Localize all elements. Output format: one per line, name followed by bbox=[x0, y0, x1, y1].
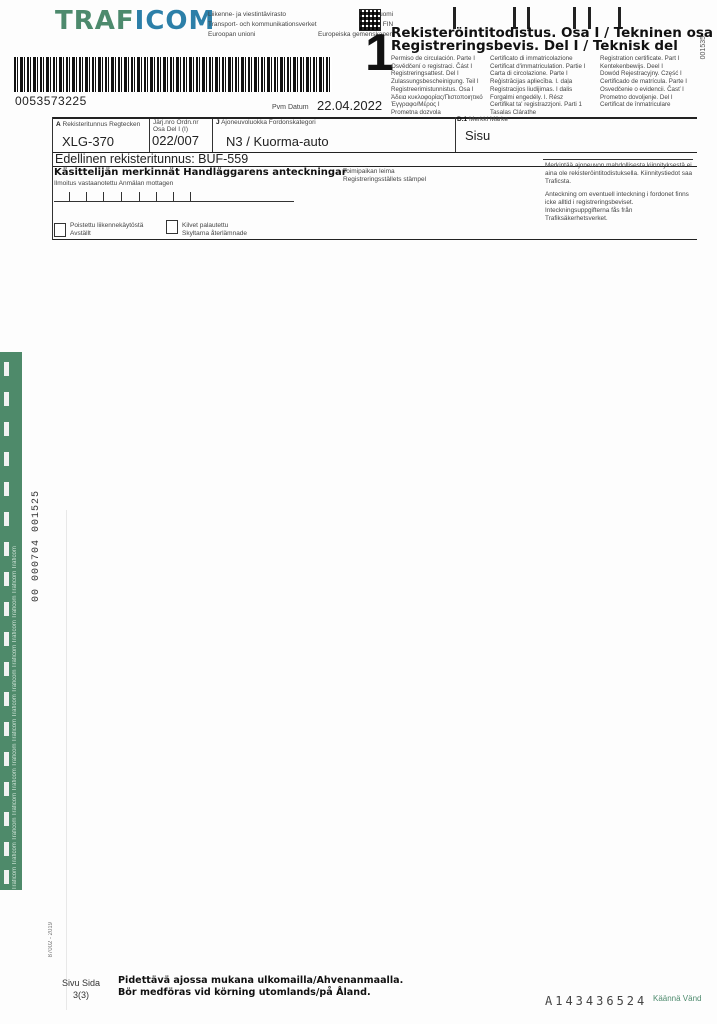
strip-dash bbox=[4, 452, 9, 466]
notice-sv: Anteckning om eventuell inteckning i for… bbox=[545, 191, 695, 222]
notice-fi: Merkintää ajoneuvon mahdollisesta kiinni… bbox=[545, 162, 695, 185]
part-number: 1 bbox=[365, 30, 394, 76]
translation: Certificado de matrícula. Parte I bbox=[600, 78, 687, 86]
date-label: Pvm Datum bbox=[272, 104, 309, 111]
strip-dash bbox=[4, 632, 9, 646]
translation: Registreringsattest. Del I bbox=[391, 70, 483, 78]
strip-dash bbox=[4, 692, 9, 706]
strip-dash bbox=[4, 362, 9, 376]
serial-label: Järj.nro Ordn.nr Osa Del I (I) bbox=[153, 119, 199, 133]
strip-dash bbox=[4, 542, 9, 556]
date-entry-tick bbox=[173, 192, 174, 202]
date-value: 22.04.2022 bbox=[317, 98, 382, 113]
translation: Carta di circolazione. Parte I bbox=[490, 70, 585, 78]
document-title: Rekisteröintitodistus. Osa I / Tekninen … bbox=[391, 27, 713, 53]
translation: Kentekenbewijs. Deel I bbox=[600, 63, 687, 71]
label-sv: Skyltarna återlämnade bbox=[182, 230, 247, 238]
translation: Certificato di immatricolazione bbox=[490, 55, 585, 63]
fold-line bbox=[66, 510, 67, 1010]
translation: Zulassungsbescheinigung. Teil I bbox=[391, 78, 483, 86]
field-label: Merkki Märke bbox=[469, 116, 508, 123]
divider bbox=[212, 119, 213, 152]
handler-section-title: Käsittelijän merkinnät Handläggarens ant… bbox=[54, 167, 347, 178]
strip-dash bbox=[4, 870, 9, 884]
strip-dash bbox=[4, 842, 9, 856]
label-fi: Poistettu liikennekäytöstä bbox=[70, 222, 143, 230]
page-label: Sivu Sida bbox=[62, 977, 100, 989]
translation: Osvědčení o registraci. Část I bbox=[391, 63, 483, 71]
date-entry-tick bbox=[121, 192, 122, 202]
category-value: N3 / Kuorma-auto bbox=[226, 134, 329, 149]
strip-dash bbox=[4, 722, 9, 736]
translation: Permiso de circulación. Parte I bbox=[391, 55, 483, 63]
strip-dash bbox=[4, 662, 9, 676]
document-number: A143436524 bbox=[545, 994, 647, 1008]
divider bbox=[52, 239, 697, 240]
field-code: A bbox=[56, 121, 61, 128]
translation: Άδεια κυκλοφορίας/Πιστοποιητικό bbox=[391, 94, 483, 102]
translation: Osvedčenie o evidencii. Časť I bbox=[600, 86, 687, 94]
serial-value: 022/007 bbox=[152, 133, 199, 148]
label-sv: Avställt bbox=[70, 230, 143, 238]
translation: Certificat d'immatriculation. Partie I bbox=[490, 63, 585, 71]
removed-from-traffic-checkbox[interactable] bbox=[54, 223, 66, 237]
translation: Forgalmi engedély. I. Rész bbox=[490, 94, 585, 102]
label-fi: Kilvet palautettu bbox=[182, 222, 247, 230]
form-code: 87002 - 2019 bbox=[48, 922, 54, 957]
date-entry-tick bbox=[190, 192, 191, 202]
divider bbox=[455, 117, 456, 152]
plates-returned-label: Kilvet palautettu Skyltarna återlämnade bbox=[182, 222, 247, 238]
stamp-label: Toimipaikan leima Registreringsställets … bbox=[343, 168, 426, 184]
title-sv: Registreringsbevis. Del I / Teknisk del bbox=[391, 40, 713, 53]
translations-column-3: Registration certificate. Part I Kenteke… bbox=[600, 55, 687, 109]
strip-dash bbox=[4, 602, 9, 616]
strip-dash bbox=[4, 782, 9, 796]
page-indicator: Sivu Sida 3(3) bbox=[62, 977, 100, 1001]
agency-line: Transport- och kommunikationsverket bbox=[208, 20, 317, 30]
lien-notice: Merkintää ajoneuvon mahdollisesta kiinni… bbox=[545, 162, 695, 223]
traficom-logo: TRAFICOM bbox=[55, 6, 215, 36]
translation: Registreerimistunnistus. Osa I bbox=[391, 86, 483, 94]
date-entry-tick bbox=[156, 192, 157, 202]
translation: Registracijos liudijimas. I dalis bbox=[490, 86, 585, 94]
strip-dash bbox=[4, 512, 9, 526]
strip-text: Traficom Traficom Traficom Traficom Traf… bbox=[12, 352, 22, 890]
date-entry-tick bbox=[103, 192, 104, 202]
divider bbox=[149, 119, 150, 152]
make-label: D.1 Merkki Märke bbox=[457, 116, 508, 123]
field-label: Osa Del I (I) bbox=[153, 126, 199, 133]
side-serial: 00 000704 001525 bbox=[31, 490, 42, 602]
strip-dash bbox=[4, 812, 9, 826]
logo-prefix: TRAF bbox=[55, 6, 135, 36]
field-label: Rekisteritunnus Regtecken bbox=[63, 121, 141, 128]
travel-note: Pidettävä ajossa mukana ulkomailla/Ahven… bbox=[118, 975, 403, 999]
divider bbox=[543, 159, 693, 160]
translations-column-2: Certificato di immatricolazione Certific… bbox=[490, 55, 585, 117]
turn-page-label: Käännä Vänd bbox=[653, 994, 702, 1003]
date-entry-tick bbox=[86, 192, 87, 202]
translation: Prometno dovoljenje. Del I bbox=[600, 94, 687, 102]
category-label: J Ajoneuvoluokka Fordonskategori bbox=[216, 119, 316, 126]
side-number: 001535 bbox=[700, 36, 707, 59]
field-code: D.1 bbox=[457, 116, 467, 123]
strip-dash bbox=[4, 752, 9, 766]
previous-registration: Edellinen rekisteritunnus: BUF-559 bbox=[55, 152, 248, 166]
translation: Certifikat ta' registrazzjoni. Parti 1 bbox=[490, 101, 585, 109]
received-label: Ilmoitus vastaanotettu Anmälan mottagen bbox=[54, 180, 173, 188]
agency-line: Euroopan unioni bbox=[208, 30, 317, 40]
barcode bbox=[14, 57, 332, 92]
translation: Certificat de înmatriculare bbox=[600, 101, 687, 109]
registration-value: XLG-370 bbox=[62, 134, 114, 149]
make-value: Sisu bbox=[465, 128, 490, 143]
logo-suffix: ICOM bbox=[135, 6, 216, 36]
translation: Έγγραφο/Μέρος I bbox=[391, 101, 483, 109]
plates-returned-checkbox[interactable] bbox=[166, 220, 178, 234]
travel-note-sv: Bör medföras vid körning utomlands/på Ål… bbox=[118, 987, 403, 999]
strip-dash bbox=[4, 482, 9, 496]
divider bbox=[52, 117, 53, 240]
field-label: Järj.nro Ordn.nr bbox=[153, 119, 199, 126]
field-label: Ajoneuvoluokka Fordonskategori bbox=[221, 119, 316, 126]
date-entry-line bbox=[54, 201, 294, 202]
barcode-number: 0053573225 bbox=[15, 94, 87, 108]
date-entry-tick bbox=[69, 192, 70, 202]
stamp-label-fi: Toimipaikan leima bbox=[343, 168, 426, 176]
strip-dash bbox=[4, 422, 9, 436]
field-code: J bbox=[216, 119, 220, 126]
travel-note-fi: Pidettävä ajossa mukana ulkomailla/Ahven… bbox=[118, 975, 403, 987]
removed-from-traffic-label: Poistettu liikennekäytöstä Avställt bbox=[70, 222, 143, 238]
strip-dash bbox=[4, 392, 9, 406]
translation: Dowód Rejestracyjny. Część I bbox=[600, 70, 687, 78]
translation: Registration certificate. Part I bbox=[600, 55, 687, 63]
translations-column-1: Permiso de circulación. Parte I Osvědčen… bbox=[391, 55, 483, 117]
strip-dash bbox=[4, 572, 9, 586]
translation: Reģistrācijas apliecība. I. daļa bbox=[490, 78, 585, 86]
page-value: 3(3) bbox=[62, 989, 100, 1001]
date-entry-tick bbox=[139, 192, 140, 202]
stamp-label-sv: Registreringsställets stämpel bbox=[343, 176, 426, 184]
country-line: Suomi bbox=[318, 10, 393, 20]
agency-name: Liikenne- ja viestintävirasto Transport-… bbox=[208, 10, 317, 40]
agency-line: Liikenne- ja viestintävirasto bbox=[208, 10, 317, 20]
registration-label: A Rekisteritunnus Regtecken bbox=[56, 121, 140, 128]
